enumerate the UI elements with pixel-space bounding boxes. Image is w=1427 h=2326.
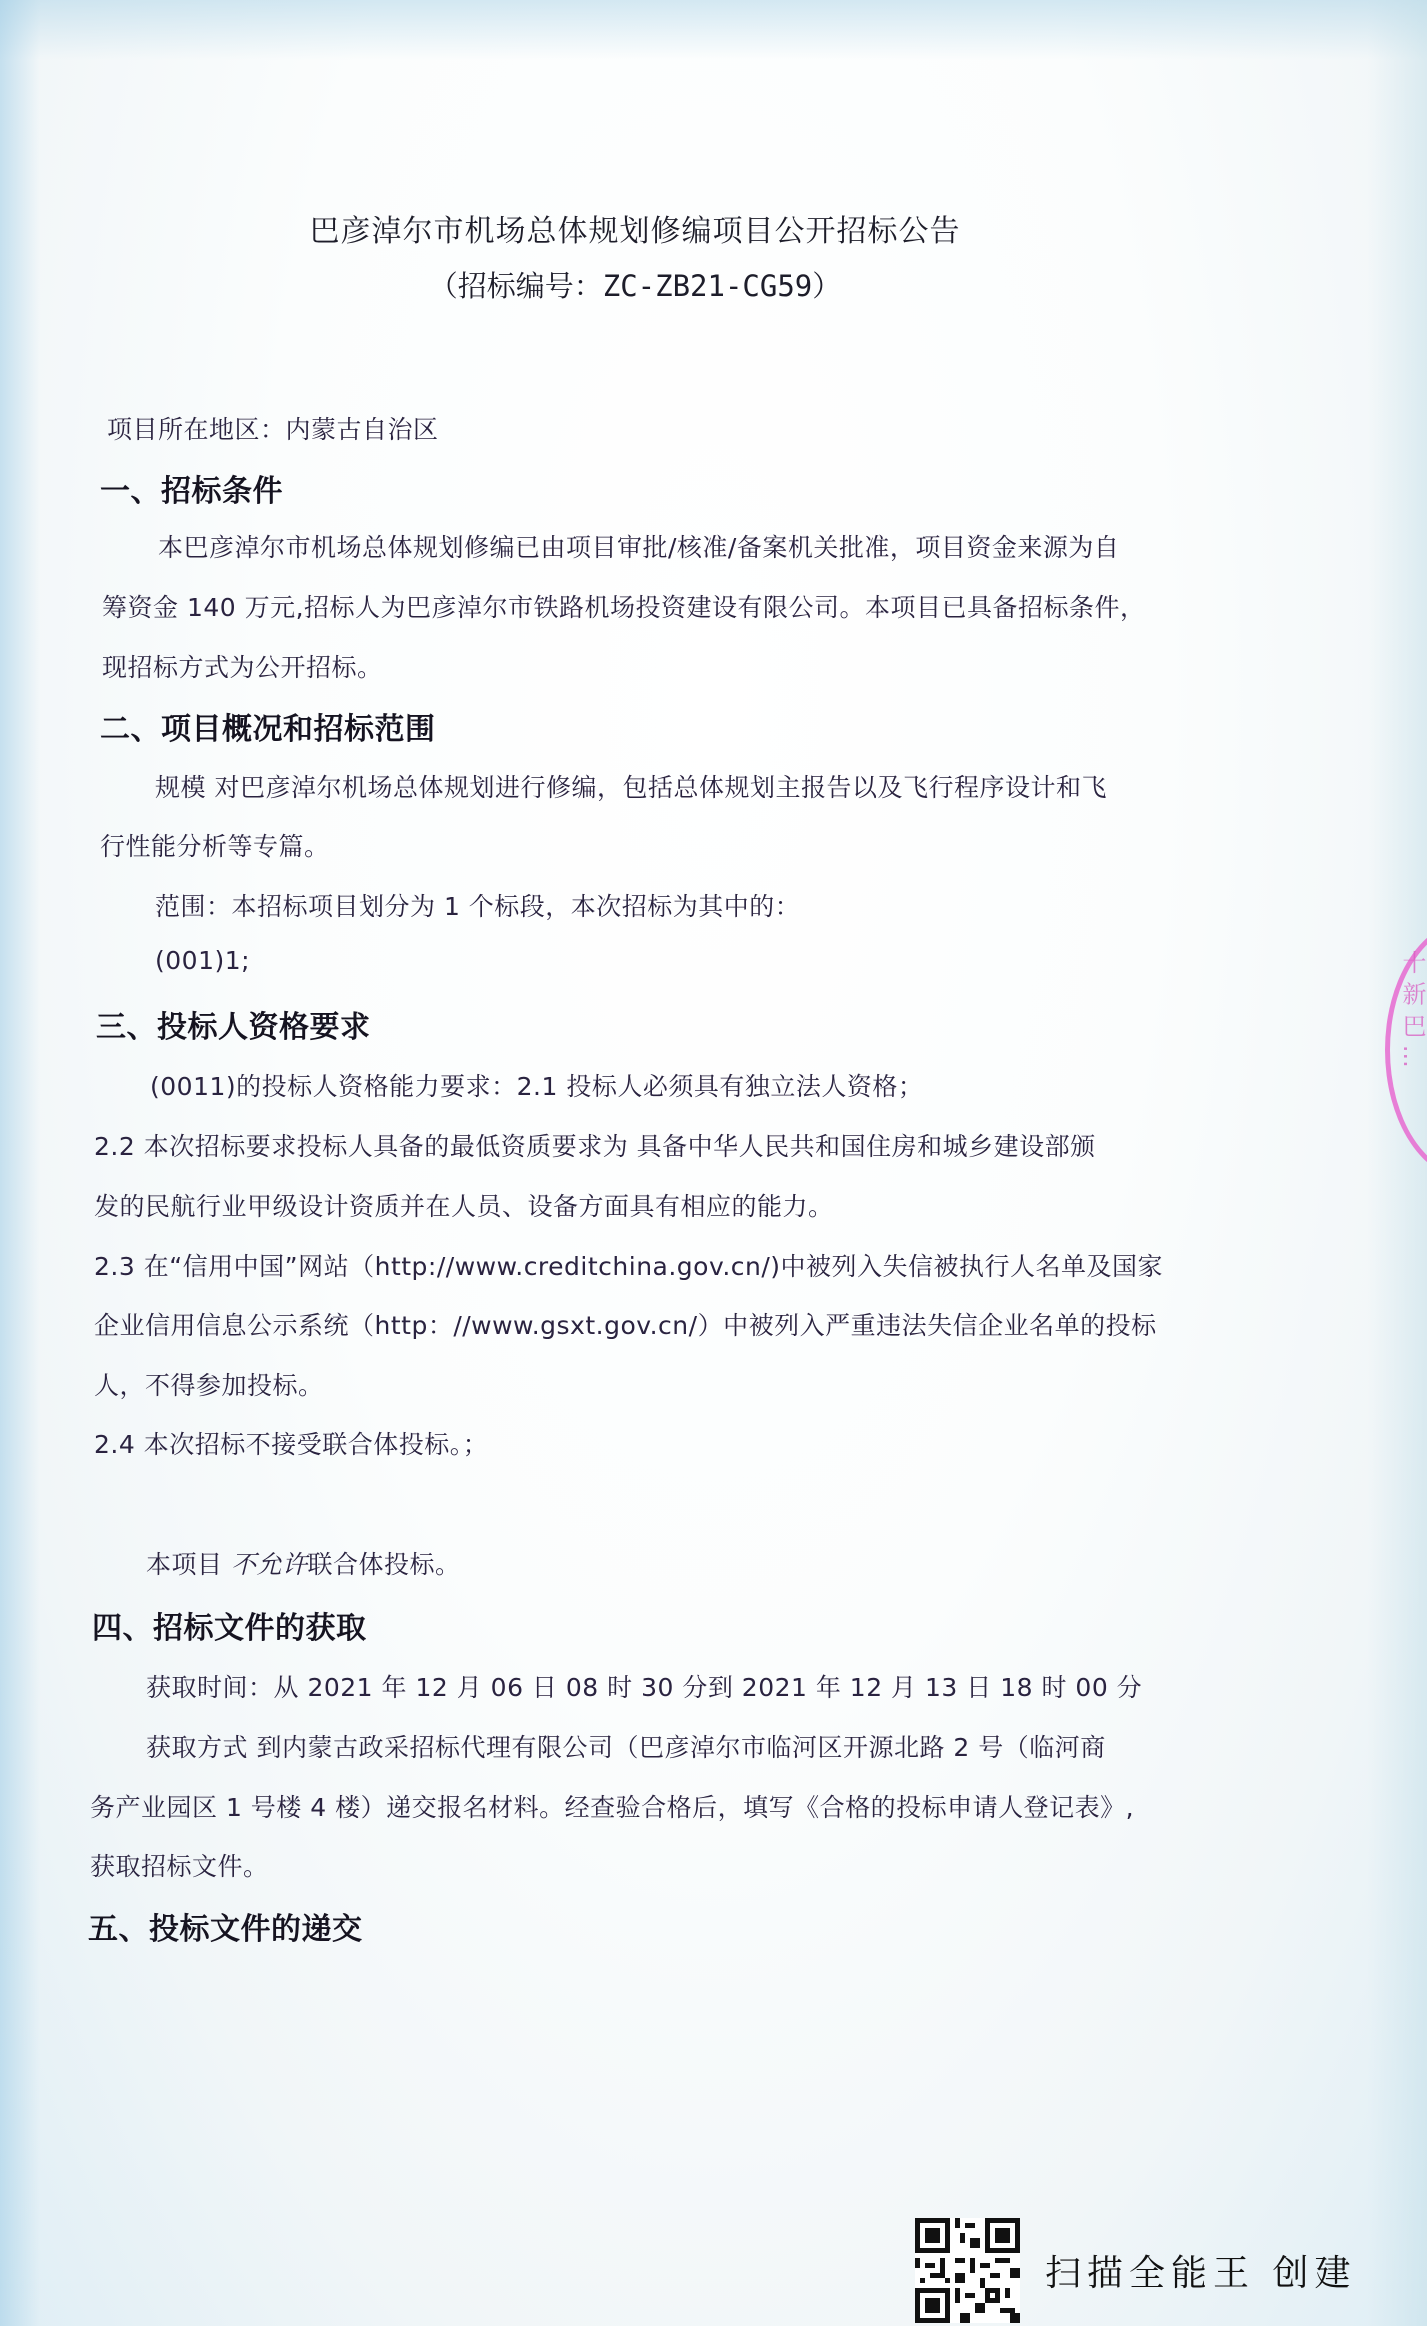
paragraph-line: 企业信用信息公示系统（http：//www.gsxt.gov.cn/）中被列入严…: [94, 1306, 1157, 1342]
tender-code: （招标编号：ZC-ZB21-CG59）: [0, 264, 1270, 305]
scanner-watermark: 扫描全能王 创建: [915, 2218, 1356, 2323]
paragraph-line: 行性能分析等专篇。: [100, 827, 330, 863]
paragraph-line: 获取时间：从 2021 年 12 月 06 日 08 时 30 分到 2021 …: [146, 1668, 1142, 1704]
text-segment: 本项目: [146, 1550, 223, 1579]
paragraph-line: 务产业园区 1 号楼 4 楼）递交报名材料。经查验合格后，填写《合格的投标申请人…: [90, 1788, 1134, 1824]
paragraph-line-joint-bid: 本项目 不允许联合体投标。: [146, 1545, 461, 1581]
italic-segment: 不允许: [231, 1550, 308, 1579]
paragraph-line: 范围：本招标项目划分为 1 个标段，本次招标为其中的：: [155, 887, 800, 923]
paragraph-line: 筹资金 140 万元,招标人为巴彦淖尔市铁路机场投资建设有限公司。本项目已具备招…: [102, 588, 1146, 624]
paragraph-line: (001)1;: [155, 946, 250, 975]
section-heading-3: 三、投标人资格要求: [96, 1002, 371, 1046]
paragraph-line: 现招标方式为公开招标。: [102, 648, 383, 684]
document-title: 巴彦淖尔市机场总体规划修编项目公开招标公告: [0, 206, 1270, 250]
scan-edge-right: [1367, 0, 1427, 2326]
section-heading-4: 四、招标文件的获取: [92, 1603, 367, 1647]
paragraph-line: (0011)的投标人资格能力要求：2.1 投标人必须具有独立法人资格；: [150, 1067, 923, 1103]
section-heading-2: 二、项目概况和招标范围: [100, 704, 436, 748]
qr-code-icon: [915, 2218, 1020, 2323]
stamp-text: 十 新 巴 ...: [1395, 950, 1427, 1068]
paragraph-line: 2.4 本次招标不接受联合体投标。；: [94, 1425, 488, 1461]
section-heading-5: 五、投标文件的递交: [88, 1904, 363, 1948]
scan-edge-left: [0, 0, 40, 2326]
paragraph-line: 获取招标文件。: [90, 1847, 269, 1883]
paragraph-line: 本巴彦淖尔市机场总体规划修编已由项目审批/核准/备案机关批准，项目资金来源为自: [158, 528, 1119, 564]
paragraph-line: 发的民航行业甲级设计资质并在人员、设备方面具有相应的能力。: [94, 1187, 834, 1223]
watermark-text: 扫描全能王 创建: [1045, 2245, 1356, 2296]
text-segment: 联合体投标。: [307, 1550, 460, 1579]
paragraph-line: 2.3 在“信用中国”网站（http://www.creditchina.gov…: [94, 1247, 1163, 1283]
paragraph-line: 人，不得参加投标。: [94, 1366, 324, 1402]
paragraph-line: 获取方式 到内蒙古政采招标代理有限公司（巴彦淖尔市临河区开源北路 2 号（临河商: [146, 1728, 1106, 1764]
paragraph-line: 规模 对巴彦淖尔机场总体规划进行修编，包括总体规划主报告以及飞行程序设计和飞: [155, 768, 1107, 804]
region-line: 项目所在地区：内蒙古自治区: [107, 410, 439, 446]
section-heading-1: 一、招标条件: [100, 466, 283, 510]
scan-edge-top: [0, 0, 1427, 60]
paragraph-line: 2.2 本次招标要求投标人具备的最低资质要求为 具备中华人民共和国住房和城乡建设…: [94, 1127, 1096, 1163]
